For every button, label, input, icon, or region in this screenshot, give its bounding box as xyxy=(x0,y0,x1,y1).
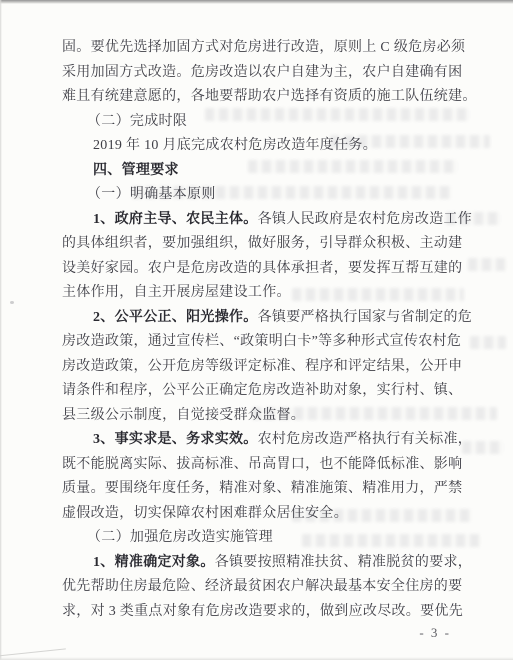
text-line: 2019 年 10 月底完成农村危房改造年度任务。 xyxy=(62,134,462,159)
text-segment: 各镇要按照精准扶贫、精准脱贫的要求， xyxy=(215,555,472,570)
text-line: 虚假改造，切实保障农村困难群众居住安全。 xyxy=(62,502,462,527)
text-line: 1、政府主导、农民主体。各镇人民政府是农村危房改造工作 xyxy=(62,208,462,233)
text-line: 的具体组织者，要加强组织，做好服务，引导群众积极、主动建 xyxy=(62,232,462,257)
bleed-through-mark xyxy=(468,258,506,271)
scanned-document-page: 固。要优先选择加固方式对危房进行改造，原则上 C 级危房必须采用加固方式改造。危… xyxy=(0,0,513,660)
text-segment: 主体作用，自主开展房屋建设工作。 xyxy=(62,285,291,300)
text-segment: （一）明确基本原则 xyxy=(87,187,216,202)
text-line: （二）完成时限 xyxy=(62,110,462,135)
text-segment: 固。要优先选择加固方式对危房进行改造，原则上 C 级危房必须 xyxy=(62,40,465,55)
scan-edge-top xyxy=(0,0,513,4)
text-segment-bold: 1、政府主导、农民主体。 xyxy=(93,212,258,227)
text-segment: 质量。要围绕年度任务，精准对象、精准施策、精准用力，严禁 xyxy=(62,481,462,496)
text-line: （一）明确基本原则 xyxy=(62,183,462,208)
text-line: 房改造政策，通过宣传栏、“政策明白卡”等多种形式宣传农村危 xyxy=(62,330,462,355)
text-segment: 采用加固方式改造。危房改造以农户自建为主，农户自建确有困 xyxy=(62,65,462,80)
text-segment: 既不能脱离实际、拔高标准、吊高胃口，也不能降低标准、影响 xyxy=(62,457,462,472)
text-line: 房改造政策，公开危房等级评定标准、程序和评定结果，公开申 xyxy=(62,355,462,380)
scan-scratch-mark xyxy=(0,648,66,656)
text-segment: 虚假改造，切实保障农村困难群众居住安全。 xyxy=(62,506,348,521)
text-segment: 请条件和程序，公平公正确定危房改造补助对象，实行村、镇、 xyxy=(62,383,462,398)
text-segment: 房改造政策，通过宣传栏、“政策明白卡”等多种形式宣传农村危 xyxy=(62,334,461,349)
text-line: 设美好家园。农户是危房改造的具体承担者，要发挥互帮互建的 xyxy=(62,257,462,282)
text-line: 2、公平公正、阳光操作。各镇要严格执行国家与省制定的危 xyxy=(62,306,462,331)
text-line: 1、精准确定对象。各镇要按照精准扶贫、精准脱贫的要求， xyxy=(62,551,462,576)
text-line: 县三级公示制度，自觉接受群众监督。 xyxy=(62,404,462,429)
text-line: 四、管理要求 xyxy=(62,159,462,184)
text-segment: 房改造政策，公开危房等级评定标准、程序和评定结果，公开申 xyxy=(62,359,462,374)
text-line: 求，对 3 类重点对象有危房改造要求的，做到应改尽改。要优先 xyxy=(62,600,462,625)
text-segment-bold: 四、管理要求 xyxy=(93,163,179,178)
text-line: 优先帮助住房最危险、经济最贫困农户解决最基本安全住房的要 xyxy=(62,575,462,600)
ink-speck xyxy=(10,301,14,304)
text-segment: 各镇人民政府是农村危房改造工作 xyxy=(258,212,473,227)
scan-edge-left xyxy=(0,0,2,660)
page-number: - 3 - xyxy=(419,625,451,641)
bleed-through-mark xyxy=(470,336,506,349)
text-line: 固。要优先选择加固方式对危房进行改造，原则上 C 级危房必须 xyxy=(62,36,462,61)
text-segment: 难且有统建意愿的，各地要帮助农户选择有资质的施工队伍统建。 xyxy=(62,89,477,104)
text-segment-bold: 1、精准确定对象。 xyxy=(93,555,215,570)
text-segment: 的具体组织者，要加强组织，做好服务，引导群众积极、主动建 xyxy=(62,236,462,251)
text-segment: （二）完成时限 xyxy=(87,114,187,129)
text-segment: 优先帮助住房最危险、经济最贫困农户解决最基本安全住房的要 xyxy=(62,579,462,594)
text-line: 采用加固方式改造。危房改造以农户自建为主，农户自建确有困 xyxy=(62,61,462,86)
text-segment-bold: 2、公平公正、阳光操作。 xyxy=(93,310,258,325)
text-line: 质量。要围绕年度任务，精准对象、精准施策、精准用力，严禁 xyxy=(62,477,462,502)
text-line: 主体作用，自主开展房屋建设工作。 xyxy=(62,281,462,306)
text-segment: 县三级公示制度，自觉接受群众监督。 xyxy=(62,408,305,423)
text-line: 难且有统建意愿的，各地要帮助农户选择有资质的施工队伍统建。 xyxy=(62,85,462,110)
text-segment: （二）加强危房改造实施管理 xyxy=(87,530,273,545)
text-segment: 设美好家园。农户是危房改造的具体承担者，要发挥互帮互建的 xyxy=(62,261,462,276)
document-body: 固。要优先选择加固方式对危房进行改造，原则上 C 级危房必须采用加固方式改造。危… xyxy=(62,36,462,624)
text-segment: 2019 年 10 月底完成农村危房改造年度任务。 xyxy=(93,138,377,153)
text-segment: 农村危房改造严格执行有关标准， xyxy=(258,432,473,447)
text-line: （二）加强危房改造实施管理 xyxy=(62,526,462,551)
text-line: 既不能脱离实际、拔高标准、吊高胃口，也不能降低标准、影响 xyxy=(62,453,462,478)
text-segment: 求，对 3 类重点对象有危房改造要求的，做到应改尽改。要优先 xyxy=(62,604,463,619)
text-line: 请条件和程序，公平公正确定危房改造补助对象，实行村、镇、 xyxy=(62,379,462,404)
text-line: 3、事实求是、务求实效。农村危房改造严格执行有关标准， xyxy=(62,428,462,453)
text-segment-bold: 3、事实求是、务求实效。 xyxy=(93,432,258,447)
text-segment: 各镇要严格执行国家与省制定的危 xyxy=(258,310,473,325)
